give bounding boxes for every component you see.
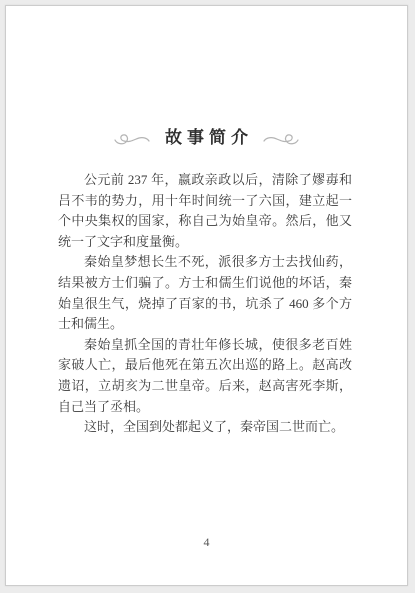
book-page: 故事简介 公元前 237 年，嬴政亲政以后，清除了嫪毐和吕不韦的势力，用十年时间…: [5, 5, 408, 586]
story-paragraph: 这时，全国到处都起义了，秦帝国二世而亡。: [58, 417, 352, 438]
story-paragraph: 公元前 237 年，嬴政亲政以后，清除了嫪毐和吕不韦的势力，用十年时间统一了六国…: [58, 170, 352, 252]
story-body: 公元前 237 年，嬴政亲政以后，清除了嫪毐和吕不韦的势力，用十年时间统一了六国…: [58, 170, 352, 438]
story-paragraph: 秦始皇抓全国的青壮年修长城，使很多老百姓家破人亡，最后他死在第五次出巡的路上。赵…: [58, 335, 352, 417]
flourish-left-icon: [114, 129, 150, 147]
flourish-right-icon: [263, 129, 299, 147]
chapter-title-row: 故事简介: [6, 128, 407, 148]
page-number: 4: [6, 535, 407, 550]
story-paragraph: 秦始皇梦想长生不死，派很多方士去找仙药，结果被方士们骗了。方士和儒生们说他的坏话…: [58, 252, 352, 334]
chapter-title: 故事简介: [160, 128, 253, 148]
